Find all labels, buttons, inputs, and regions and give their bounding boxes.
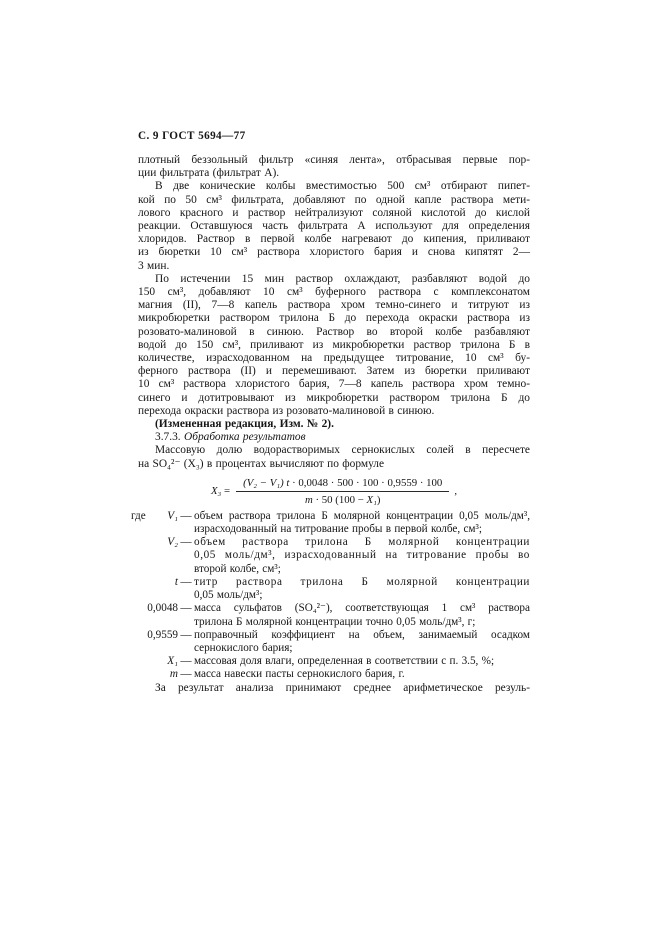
definition-list: где V₁ — объем раствора трилона Б молярн… — [138, 510, 530, 682]
definition-lead: где — [131, 510, 146, 523]
text-line: объем раствора трилона Б молярной концен… — [194, 536, 530, 549]
text-line: Массовую долю водорастворимых сернокислы… — [138, 444, 530, 457]
text-line: масса сульфатов (SO₄²⁻), соответствующая… — [194, 602, 530, 615]
paragraph-formula-intro: Массовую долю водорастворимых сернокислы… — [138, 444, 530, 470]
dash: — — [178, 602, 194, 628]
definition-text: массовая доля влаги, определенная в соот… — [194, 655, 530, 668]
text-line: поправочный коэффициент на объем, занима… — [194, 629, 530, 642]
text-line: 0,05 моль/дм³; — [194, 589, 530, 602]
text-line: синего и дотитровывают из микробюретки р… — [138, 392, 530, 405]
text-line: объем раствора трилона Б молярной концен… — [194, 510, 530, 523]
text-line: из бюретки 10 см³ раствора хлористого ба… — [138, 246, 530, 259]
dash: — — [178, 510, 194, 536]
denominator-x1: X₁ — [367, 494, 377, 506]
definition-item: t — титр раствора трилона Б молярной кон… — [138, 576, 530, 602]
text-line: розовато-малиновой в синюю. Раствор во в… — [138, 326, 530, 339]
definition-text: объем раствора трилона Б молярной концен… — [194, 536, 530, 576]
text-line: реакции. Оставшуюся часть фильтрата А ис… — [138, 220, 530, 233]
formula-variable: X₃ — [211, 485, 221, 497]
definition-text: поправочный коэффициент на объем, занима… — [194, 629, 530, 655]
definition-label: 0,0048 — [138, 602, 178, 628]
definition-label: X₁ — [138, 655, 178, 668]
dash: — — [178, 655, 194, 668]
section-heading: 3.7.3. Обработка результатов — [138, 431, 530, 444]
text-column: С. 9 ГОСТ 5694—77 плотный беззольный фил… — [138, 130, 530, 695]
text-line: водой до 150 см³, приливают из микробюре… — [138, 339, 530, 352]
equals-sign: = — [224, 485, 230, 497]
text-line: сернокислого бария; — [194, 642, 530, 655]
paragraph-two-flasks: В две конические колбы вместимостью 500 … — [138, 180, 530, 272]
text-line: перехода окраски раствора из розовато-ма… — [138, 405, 530, 418]
section-number: 3.7.3. — [155, 431, 181, 443]
formula: X₃ = (V₂ − V₁) t · 0,0048 · 500 · 100 · … — [138, 477, 530, 506]
document-page: С. 9 ГОСТ 5694—77 плотный беззольный фил… — [0, 0, 661, 936]
definition-item: 0,0048 — масса сульфатов (SO₄²⁻), соотве… — [138, 602, 530, 628]
text-line: 10 см³ раствора хлористого бария, 7—8 ка… — [138, 378, 530, 391]
amendment-note: (Измененная редакция, Изм. № 2). — [138, 418, 530, 431]
formula-numerator: (V₂ − V₁) t · 0,0048 · 500 · 100 · 0,955… — [236, 477, 449, 492]
text-line: 3 мин. — [138, 260, 530, 273]
denominator-variable: m — [305, 494, 313, 506]
formula-fraction: (V₂ − V₁) t · 0,0048 · 500 · 100 · 0,955… — [236, 477, 449, 506]
definition-text: титр раствора трилона Б молярной концент… — [194, 576, 530, 602]
text-line: микробюретки раствором трилона Б до пере… — [138, 312, 530, 325]
numerator-variables: (V₂ − V₁) t — [243, 477, 289, 489]
text-line: титр раствора трилона Б молярной концент… — [194, 576, 530, 589]
text-line: По истечении 15 мин раствор охлаждают, р… — [138, 273, 530, 286]
page-header: С. 9 ГОСТ 5694—77 — [138, 130, 530, 142]
text-line: лового красного и раствор нейтрализуют с… — [138, 207, 530, 220]
text-line: В две конические колбы вместимостью 500 … — [138, 180, 530, 193]
closing-line: За результат анализа принимают среднее а… — [138, 682, 530, 695]
numerator-constants: · 0,0048 · 500 · 100 · 0,9559 · 100 — [289, 477, 442, 489]
text-line: ферного раствора (II) и перемешивают. За… — [138, 365, 530, 378]
text-line: массовая доля влаги, определенная в соот… — [194, 655, 530, 668]
text-line: трилона Б молярной концентрации точно 0,… — [194, 616, 530, 629]
definition-item: где V₁ — объем раствора трилона Б молярн… — [138, 510, 530, 536]
dash: — — [178, 668, 194, 681]
definition-label: V₂ — [138, 536, 178, 576]
denominator-close: ) — [377, 494, 381, 506]
text-line: на SO₄²⁻ (X₃) в процентах вычисляют по ф… — [138, 458, 530, 471]
definition-item: X₁ — массовая доля влаги, определенная в… — [138, 655, 530, 668]
definition-label: m — [138, 668, 178, 681]
section-title: Обработка результатов — [184, 431, 306, 443]
definition-text: масса сульфатов (SO₄²⁻), соответствующая… — [194, 602, 530, 628]
text-line: 150 см³, добавляют 10 см³ буферного раст… — [138, 286, 530, 299]
definition-text: объем раствора трилона Б молярной концен… — [194, 510, 530, 536]
definition-item: m — масса навески пасты сернокислого бар… — [138, 668, 530, 681]
definition-label: 0,9559 — [138, 629, 178, 655]
definition-label: t — [138, 576, 178, 602]
paragraph-titration: По истечении 15 мин раствор охлаждают, р… — [138, 273, 530, 418]
dash: — — [178, 536, 194, 576]
text-line: плотный беззольный фильтр «синяя лента»,… — [138, 154, 530, 167]
denominator-constants: · 50 (100 − — [313, 494, 367, 506]
text-line: 0,05 моль/дм³, израсходованный на титров… — [194, 549, 530, 562]
formula-denominator: m · 50 (100 − X₁) — [236, 492, 449, 506]
formula-comma: , — [454, 485, 457, 497]
definition-text: масса навески пасты сернокислого бария, … — [194, 668, 530, 681]
text-line: израсходованный на титрование пробы в пе… — [194, 523, 530, 536]
text-line: магния (II), 7—8 капель раствора хром те… — [138, 299, 530, 312]
definition-item: V₂ — объем раствора трилона Б молярной к… — [138, 536, 530, 576]
text-line: второй колбе, см³; — [194, 563, 530, 576]
text-line: масса навески пасты сернокислого бария, … — [194, 668, 530, 681]
formula-lhs: X₃ = — [211, 485, 230, 497]
text-line: количестве, израсходованном на предыдуще… — [138, 352, 530, 365]
paragraph-continuation: плотный беззольный фильтр «синяя лента»,… — [138, 154, 530, 180]
dash: — — [178, 576, 194, 602]
text-line: хлоридов. Раствор в первой колбе нагрева… — [138, 233, 530, 246]
definition-item: 0,9559 — поправочный коэффициент на объе… — [138, 629, 530, 655]
text-line: ции фильтрата (фильтрат А). — [138, 167, 530, 180]
dash: — — [178, 629, 194, 655]
text-line: кой по 50 см³ фильтрата, добавляют по од… — [138, 194, 530, 207]
